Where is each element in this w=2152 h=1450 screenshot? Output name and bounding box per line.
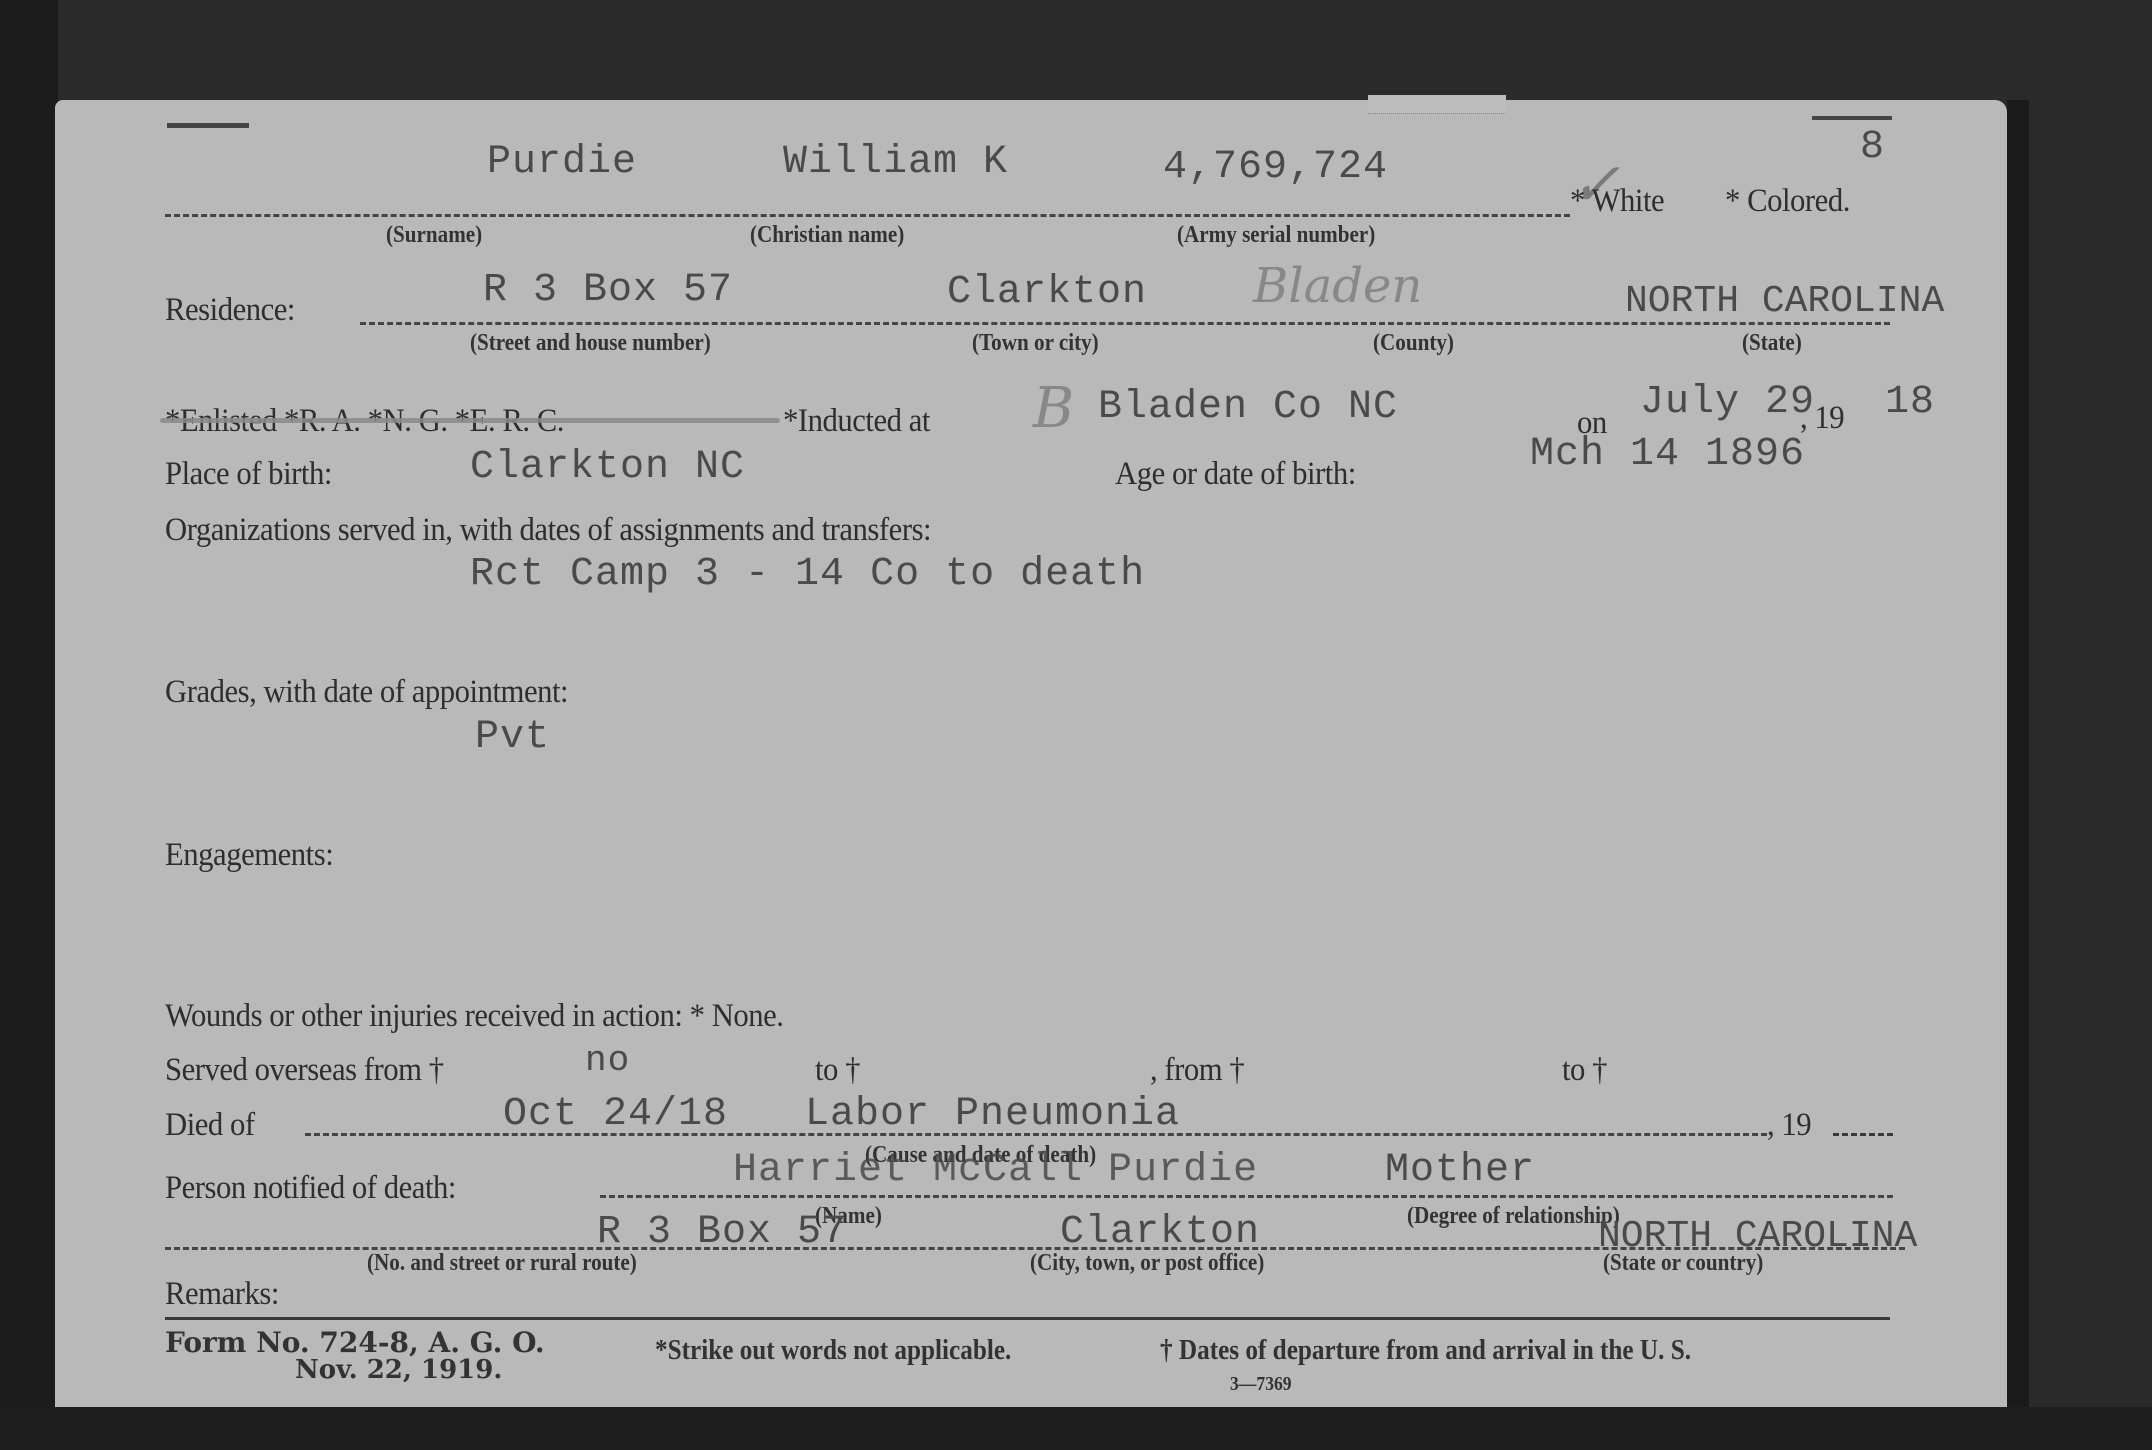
street-caption: (Street and house number) <box>470 330 711 357</box>
engagements-label: Engagements: <box>165 837 333 874</box>
residence-street-value: R 3 Box 57 <box>483 268 733 313</box>
residence-line <box>360 322 1890 325</box>
surname-caption: (Surname) <box>386 222 482 249</box>
print-code: 3—7369 <box>1230 1373 1292 1396</box>
notified-relationship-value: Mother <box>1385 1148 1535 1193</box>
card-number: 8 <box>1860 125 1885 170</box>
strike-out-note: *Strike out words not applicable. <box>655 1335 1011 1367</box>
residence-state-value: NORTH CAROLINA <box>1625 280 1944 323</box>
race-white-option: * White <box>1570 183 1664 220</box>
served-overseas-value: no <box>585 1040 630 1081</box>
serial-number-caption: (Army serial number) <box>1177 222 1375 249</box>
strike-through <box>160 418 780 423</box>
card-shadow <box>2007 100 2029 1410</box>
overseas-from2-label: , from † <box>1150 1052 1244 1089</box>
serial-number-value: 4,769,724 <box>1163 145 1388 190</box>
death-cause-value: Labor Pneumonia <box>805 1092 1180 1137</box>
state-caption: (State) <box>1742 330 1802 357</box>
race-colored-option: * Colored. <box>1725 183 1850 220</box>
top-left-mark <box>167 123 249 128</box>
notified-name-value: Harriet McCall Purdie <box>733 1148 1258 1193</box>
surname-value: Purdie <box>487 140 637 185</box>
relationship-caption: (Degree of relationship) <box>1407 1203 1620 1230</box>
grades-label: Grades, with date of appointment: <box>165 674 568 711</box>
date-of-birth-label: Age or date of birth: <box>1115 456 1356 493</box>
residence-town-value: Clarkton <box>947 270 1147 315</box>
top-right-mark <box>1812 116 1892 120</box>
notified-line <box>600 1195 1893 1198</box>
remarks-line <box>165 1317 1890 1320</box>
death-year-label: , 19 <box>1767 1107 1811 1144</box>
city-post-caption: (City, town, or post office) <box>1030 1250 1264 1277</box>
place-of-birth-value: Clarkton NC <box>470 445 745 490</box>
residence-county-value: Bladen <box>1253 258 1422 314</box>
organizations-label: Organizations served in, with dates of a… <box>165 512 931 549</box>
street-route-caption: (No. and street or rural route) <box>367 1250 637 1277</box>
date-of-birth-value: Mch 14 1896 <box>1530 432 1805 477</box>
inducted-at-label: *Inducted at <box>783 403 930 440</box>
county-caption: (County) <box>1373 330 1454 357</box>
overseas-to-label: to † <box>815 1052 860 1089</box>
death-date-value: Oct 24/18 <box>503 1092 728 1137</box>
place-of-birth-label: Place of birth: <box>165 456 332 493</box>
death-line <box>305 1133 1767 1136</box>
background-bottom <box>0 1407 2152 1450</box>
induction-year-prefix: , 19 <box>1800 400 1844 437</box>
form-date: Nov. 22, 1919. <box>295 1355 502 1385</box>
death-year-blank <box>1833 1133 1893 1136</box>
identity-line <box>165 214 1570 217</box>
inducted-hand-initial: B <box>1033 376 1074 441</box>
dates-note: † Dates of departure from and arrival in… <box>1160 1335 1691 1367</box>
background-left-edge <box>0 0 58 1450</box>
card-tab-mark <box>1368 95 1506 114</box>
died-of-label: Died of <box>165 1107 255 1144</box>
wounds-label: Wounds or other injuries received in act… <box>165 998 784 1035</box>
christian-name-value: William K <box>783 140 1008 185</box>
town-caption: (Town or city) <box>972 330 1099 357</box>
served-overseas-label: Served overseas from † <box>165 1052 444 1089</box>
state-country-caption: (State or country) <box>1603 1250 1763 1277</box>
inducted-place-value: Bladen Co NC <box>1098 385 1398 430</box>
grades-value: Pvt <box>475 715 550 760</box>
overseas-to2-label: to † <box>1562 1052 1607 1089</box>
remarks-label: Remarks: <box>165 1276 279 1313</box>
person-notified-label: Person notified of death: <box>165 1170 456 1207</box>
residence-label: Residence: <box>165 292 295 329</box>
christian-name-caption: (Christian name) <box>750 222 904 249</box>
induction-date-value: July 29 <box>1640 380 1815 425</box>
organizations-value: Rct Camp 3 - 14 Co to death <box>470 552 1145 597</box>
induction-year-value: 18 <box>1885 380 1935 425</box>
